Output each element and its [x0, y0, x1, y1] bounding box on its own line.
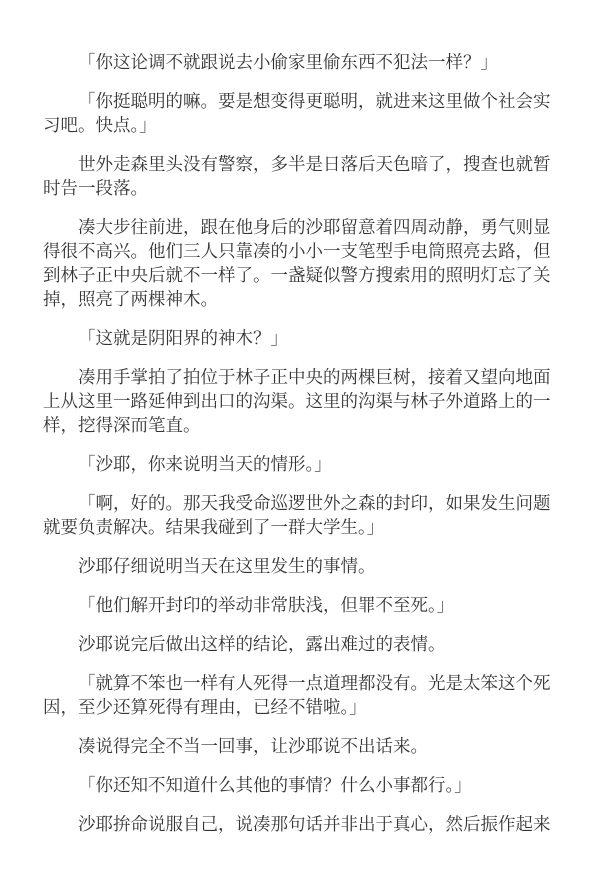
- paragraph: 沙耶拚命说服自己，说凑那句话并非出于真心，然后振作起来: [43, 812, 551, 836]
- paragraph: 凑说得完全不当一回事，让沙耶说不出话来。: [43, 734, 551, 758]
- paragraph: 凑用手掌拍了拍位于林子正中央的两棵巨树，接着又望向地面上从这里一路延伸到出口的沟…: [43, 365, 551, 437]
- paragraph: 「这就是阴阳界的神木？」: [43, 326, 551, 350]
- paragraph: 「你还知不知道什么其他的事情？什么小事都行。」: [43, 773, 551, 797]
- paragraph: 「啊，好的。那天我受命巡逻世外之森的封印，如果发生问题就要负责解决。结果我碰到了…: [43, 491, 551, 539]
- book-page: 「你这论调不就跟说去小偷家里偷东西不犯法一样？」 「你挺聪明的嘛。要是想变得更聪…: [0, 0, 613, 869]
- paragraph: 「你挺聪明的嘛。要是想变得更聪明，就进来这里做个社会实习吧。快点。」: [43, 89, 551, 137]
- paragraph: 沙耶仔细说明当天在这里发生的事情。: [43, 554, 551, 578]
- paragraph: 「他们解开封印的举动非常肤浅，但罪不至死。」: [43, 593, 551, 617]
- paragraph: 「你这论调不就跟说去小偷家里偷东西不犯法一样？」: [43, 50, 551, 74]
- paragraph: 「沙耶，你来说明当天的情形。」: [43, 452, 551, 476]
- paragraph: 沙耶说完后做出这样的结论，露出难过的表情。: [43, 632, 551, 656]
- paragraph: 世外走森里头没有警察，多半是日落后天色暗了，搜查也就暂时告一段落。: [43, 152, 551, 200]
- paragraph: 「就算不笨也一样有人死得一点道理都没有。光是太笨这个死因，至少还算死得有理由，已…: [43, 671, 551, 719]
- paragraph: 凑大步往前进，跟在他身后的沙耶留意着四周动静，勇气则显得很不高兴。他们三人只靠凑…: [43, 215, 551, 311]
